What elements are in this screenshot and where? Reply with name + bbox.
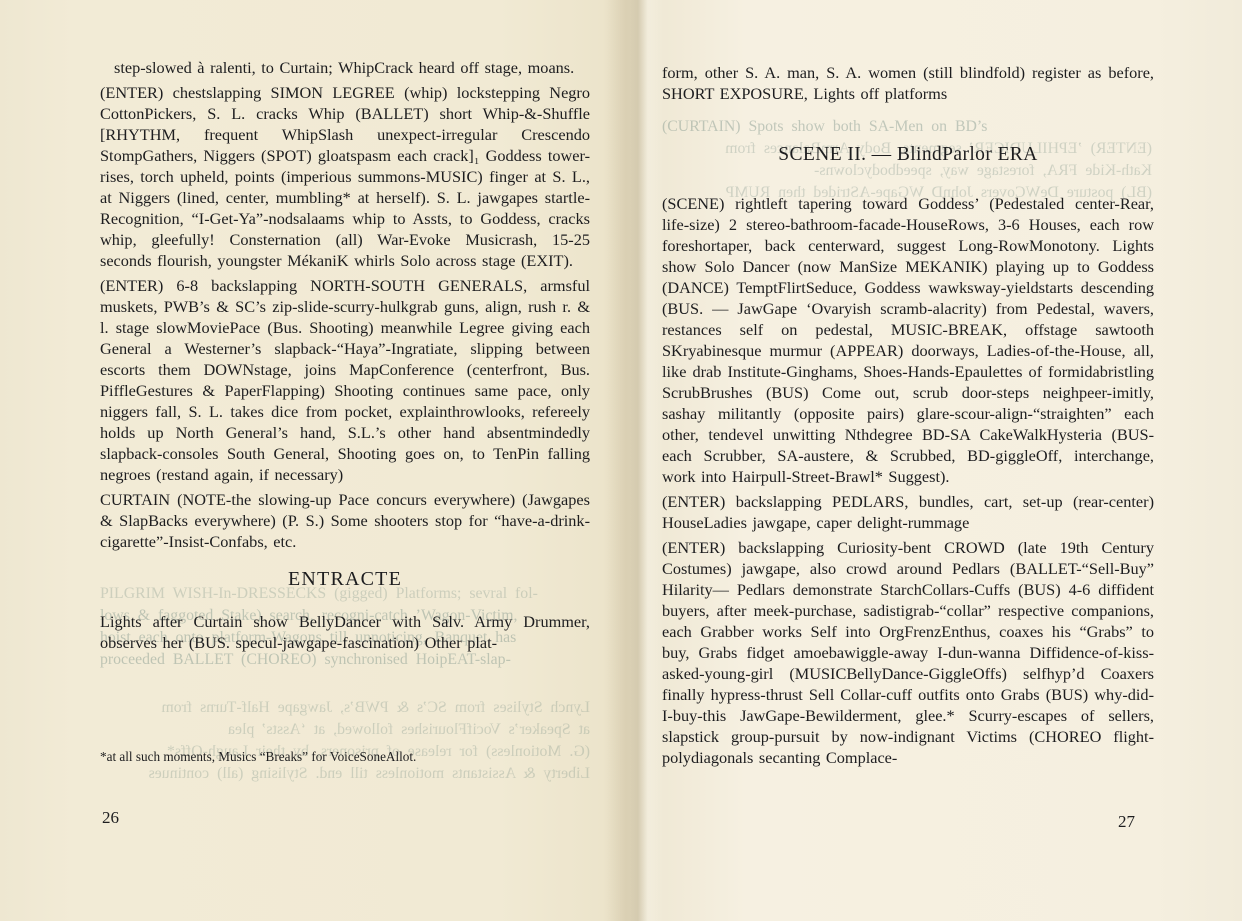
paragraph: form, other S. A. man, S. A. women (stil…: [662, 62, 1154, 104]
left-page: PILGRIM WISH-In-DRESSECKS (gigged) Platf…: [100, 0, 590, 921]
paragraph: (ENTER) 6-8 backslapping NORTH-SOUTH GEN…: [100, 275, 590, 485]
paragraph: CURTAIN (NOTE-the slowing-up Pace concur…: [100, 489, 590, 552]
paragraph: (ENTER) chestslapping SIMON LEGREE (whip…: [100, 82, 590, 271]
paragraph: (ENTER) backslapping Curiosity-bent CROW…: [662, 537, 1154, 768]
bleedthrough-text: at Speaker’s VocifFlourishes followed, a…: [100, 719, 590, 740]
bleedthrough-text: Liberty & Assistants motionless till end…: [100, 763, 590, 784]
left-page-text-block: step-slowed à ralenti, to Curtain; WhipC…: [100, 0, 590, 653]
book-spread: PILGRIM WISH-In-DRESSECKS (gigged) Platf…: [0, 0, 1242, 921]
entracte-heading: ENTRACTE: [100, 568, 590, 591]
right-page-text-block: form, other S. A. man, S. A. women (stil…: [662, 0, 1154, 768]
paragraph: (SCENE) rightleft tapering toward Goddes…: [662, 193, 1154, 487]
bleedthrough-text: Lynch Stylises from SC’s & PWB’s, Jawgap…: [100, 697, 590, 718]
right-page: (CURTAIN) Spots show both SA-Men on BD’s…: [662, 0, 1154, 921]
paragraph: Lights after Curtain show BellyDancer wi…: [100, 611, 590, 653]
scene-heading: SCENE II. — BlindParlor ERA: [662, 144, 1154, 166]
paragraph: step-slowed à ralenti, to Curtain; WhipC…: [100, 57, 590, 78]
page-number-right: 27: [1118, 812, 1135, 832]
paragraph: (ENTER) backslapping PEDLARS, bundles, c…: [662, 491, 1154, 533]
footnote: *at all such moments, Musics “Breaks” fo…: [100, 748, 590, 765]
page-number-left: 26: [102, 808, 119, 828]
page-gutter-shadow: [606, 0, 664, 921]
